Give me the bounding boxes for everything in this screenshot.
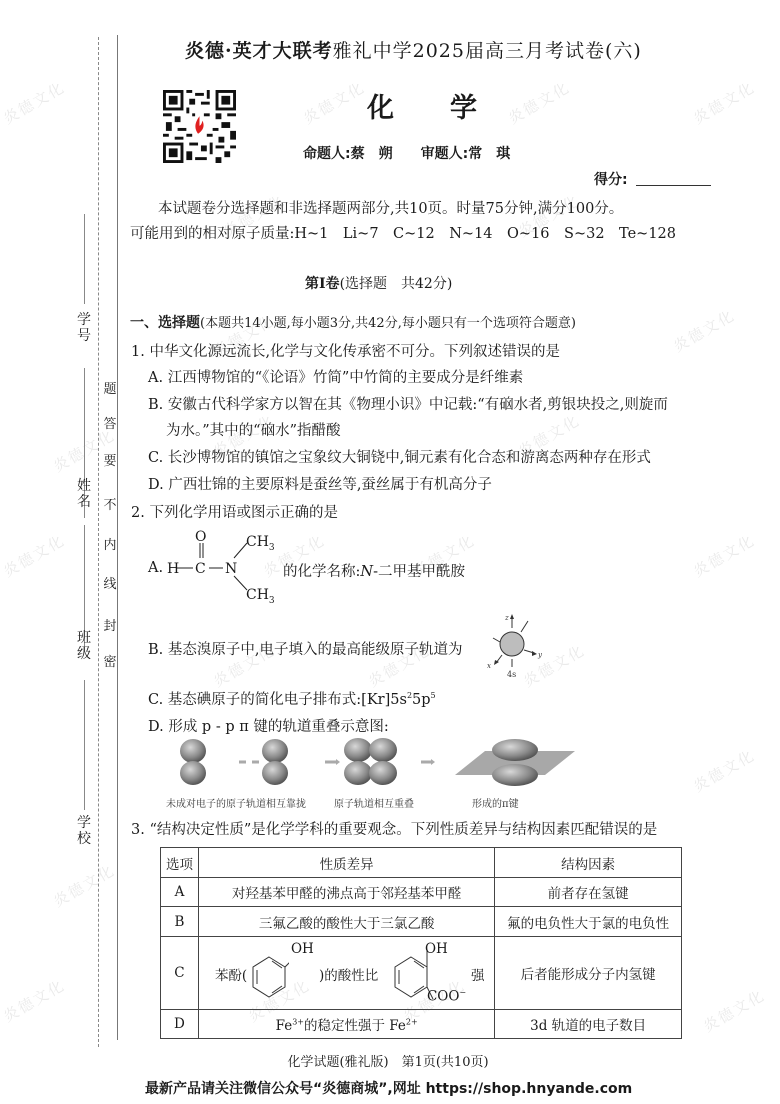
methyl-top: CH3 — [246, 534, 275, 553]
seal-char: 密 — [103, 656, 117, 670]
svg-text:y: y — [537, 651, 543, 659]
option-a-text: 的化学名称:N-二甲基甲酰胺 — [283, 560, 465, 581]
question-stem: 1. 中华文化源远流长,化学与文化传承密不可分。下列叙述错误的是 — [131, 340, 560, 361]
watermark: 炎德文化 — [0, 76, 69, 128]
property-cell: 苯酚( OH )的酸性比 — [198, 937, 494, 1010]
option-d: D. 广西壮锦的主要原料是蚕丝等,蚕丝属于有机高分子 — [148, 473, 492, 494]
score-label: 得分: — [594, 169, 628, 189]
intro-line-1: 本试题卷分选择题和非选择题两部分,共10页。时量75分钟,满分100分。 — [158, 197, 623, 218]
methyl-bottom: CH3 — [246, 587, 275, 606]
header-cell: 性质差异 — [198, 848, 494, 878]
pi-bond-overlap-diagram — [160, 738, 580, 793]
phenol-structure-diagram — [249, 947, 289, 1003]
option-cell: A — [161, 878, 199, 907]
watermark: 炎德文化 — [49, 859, 118, 911]
margin-solid-line — [117, 35, 118, 1040]
watermark: 炎德文化 — [699, 984, 768, 1036]
watermark: 炎德文化 — [299, 76, 368, 128]
table-row: A 对羟基苯甲醛的沸点高于邻羟基苯甲醛 前者存在氢键 — [161, 878, 682, 907]
atom-c: C — [195, 561, 206, 577]
part1-heading: 第Ⅰ卷(选择题 共42分) — [305, 273, 452, 293]
subject-title: 化学 — [367, 86, 533, 125]
table-row: B 三氟乙酸的酸性大于三氯乙酸 氟的电负性大于氯的电负性 — [161, 907, 682, 937]
seal-char: 封 — [103, 620, 117, 634]
header-cell: 结构因素 — [495, 848, 682, 878]
structure-cell: 3d 轨道的电子数目 — [495, 1010, 682, 1039]
score-field[interactable] — [636, 185, 711, 186]
svg-text:4s: 4s — [507, 670, 516, 679]
diagram-caption: 未成对电子的原子轨道相互靠拢 — [166, 795, 306, 810]
class-label: 班级 — [76, 630, 92, 662]
atom-h: H — [167, 561, 179, 577]
table-header-row: 选项 性质差异 结构因素 — [161, 848, 682, 878]
seal-char: 不 — [103, 499, 117, 513]
svg-text:x: x — [487, 662, 491, 670]
option-b-cont: 为水。”其中的“硇水”指醋酸 — [166, 419, 341, 440]
seal-char: 线 — [103, 578, 117, 592]
watermark: 炎德文化 — [0, 529, 69, 581]
watermark: 炎德文化 — [689, 744, 758, 796]
seal-char: 内 — [103, 539, 117, 553]
hydroxyl-label: OH — [425, 941, 448, 957]
property-cell: 三氟乙酸的酸性大于三氯乙酸 — [198, 907, 494, 937]
stronger-text: 强 — [471, 964, 485, 984]
student-id-field[interactable] — [84, 214, 85, 304]
4s-orbital-diagram: z y x 4s — [484, 612, 544, 682]
seal-char: 要 — [103, 455, 117, 469]
intro-line-2: 可能用到的相对原子质量:H~1 Li~7 C~12 N~14 O~16 S~32… — [130, 222, 676, 243]
hydroxyl-label: OH — [291, 941, 314, 957]
watermark: 炎德文化 — [689, 76, 758, 128]
section1-heading: 一、选择题(本题共14小题,每小题3分,共42分,每小题只有一个选项符合题意) — [130, 312, 576, 332]
exam-title: 炎德·英才大联考雅礼中学2025届高三月考试卷(六) — [185, 36, 642, 63]
option-c: C. 长沙博物馆的镇馆之宝象纹大铜铙中,铜元素有化合态和游离态两种存在形式 — [148, 446, 651, 467]
school-label: 学校 — [76, 815, 92, 847]
svg-text:z: z — [504, 614, 509, 622]
watermark: 炎德文化 — [689, 529, 758, 581]
option-cell: C — [161, 937, 199, 1010]
comparison-text: )的酸性比 — [319, 964, 378, 984]
diagram-caption: 形成的π键 — [472, 795, 519, 810]
structure-cell: 后者能形成分子内氢键 — [495, 937, 682, 1010]
watermark: 炎德文化 — [0, 974, 69, 1026]
atom-o: O — [195, 529, 206, 545]
name-label: 姓名 — [76, 478, 92, 510]
option-cell: B — [161, 907, 199, 937]
atom-n: N — [225, 561, 237, 577]
option-cell: D — [161, 1010, 199, 1039]
promo-banner: 最新产品请关注微信公众号“炎德商城”,网址 https://shop.hnyan… — [145, 1078, 632, 1098]
cut-dotted-line — [98, 37, 99, 1047]
option-label: A. — [148, 560, 163, 576]
watermark: 炎德文化 — [669, 304, 738, 356]
page-footer: 化学试题(雅礼版) 第1页(共10页) — [0, 1051, 780, 1070]
structure-cell: 前者存在氢键 — [495, 878, 682, 907]
property-cell: Fe3+的稳定性强于 Fe2+ — [198, 1010, 494, 1039]
property-structure-table: 选项 性质差异 结构因素 A 对羟基苯甲醛的沸点高于邻羟基苯甲醛 前者存在氢键 … — [160, 847, 682, 1039]
question-stem: 2. 下列化学用语或图示正确的是 — [131, 501, 338, 522]
table-row: C 苯酚( OH )的酸性比 — [161, 937, 682, 1010]
seal-char: 题 — [103, 383, 117, 397]
header-cell: 选项 — [161, 848, 199, 878]
option-d: D. 形成 p - p π 键的轨道重叠示意图: — [148, 715, 389, 736]
qr-code-icon — [163, 90, 236, 163]
property-cell: 对羟基苯甲醛的沸点高于邻羟基苯甲醛 — [198, 878, 494, 907]
table-row: D Fe3+的稳定性强于 Fe2+ 3d 轨道的电子数目 — [161, 1010, 682, 1039]
carboxylate-label: COO− — [427, 988, 466, 1005]
school-field[interactable] — [84, 680, 85, 810]
option-b: B. 基态溴原子中,电子填入的最高能级原子轨道为 — [148, 638, 462, 659]
seal-char: 答 — [103, 418, 117, 432]
authors: 命题人:蔡 朔 审题人:常 琪 — [303, 143, 510, 163]
option-a: A. 江西博物馆的“《论语》竹简”中竹简的主要成分是纤维素 — [148, 366, 523, 387]
diagram-caption: 原子轨道相互重叠 — [334, 795, 414, 810]
structure-cell: 氟的电负性大于氯的电负性 — [495, 907, 682, 937]
student-id-label: 学号 — [76, 312, 92, 344]
option-c: C. 基态碘原子的简化电子排布式:[Kr]5s25p5 — [148, 688, 436, 709]
phenol-label: 苯酚( — [215, 964, 247, 984]
question-stem: 3. “结构决定性质”是化学学科的重要观念。下列性质差异与结构因素匹配错误的是 — [131, 818, 657, 839]
option-b: B. 安徽古代科学家方以智在其《物理小识》中记载:“有硇水者,剪银块投之,则旋而 — [148, 393, 668, 414]
